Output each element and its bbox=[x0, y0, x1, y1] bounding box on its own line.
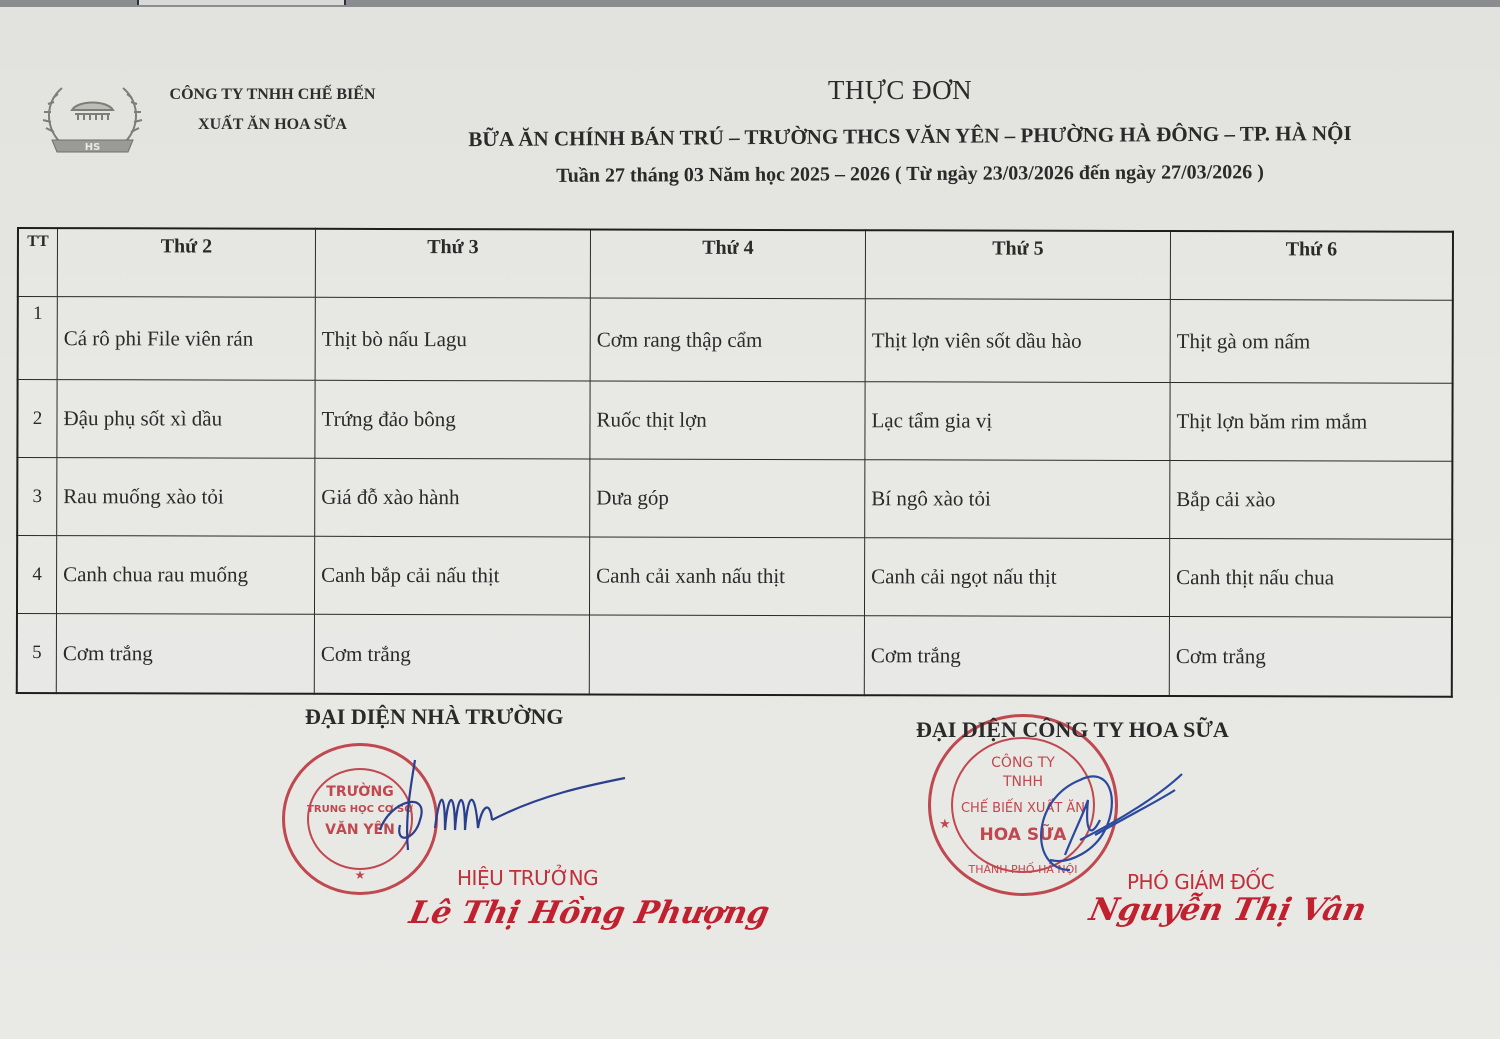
column-header-thu-2: Thứ 2 bbox=[57, 228, 315, 297]
dish-cell: Lạc tẩm gia vị bbox=[865, 382, 1170, 461]
handwritten-signature-icon bbox=[1010, 760, 1190, 880]
dish-cell: Ruốc thịt lợn bbox=[590, 381, 865, 460]
row-number: 3 bbox=[17, 458, 57, 536]
dish-cell: Bí ngô xào tỏi bbox=[865, 460, 1170, 539]
dish-cell: Cơm trắng bbox=[56, 614, 314, 694]
company-name-line2: XUẤT ĂN HOA SỮA bbox=[150, 110, 395, 140]
dish-cell: Thịt lợn băm rim mắm bbox=[1170, 383, 1453, 462]
column-header-thu-5: Thứ 5 bbox=[865, 230, 1170, 299]
dish-cell: Rau muống xào tỏi bbox=[57, 458, 315, 537]
dish-cell: Dưa góp bbox=[590, 459, 865, 538]
dish-cell: Cá rô phi File viên rán bbox=[57, 297, 315, 381]
row-number: 5 bbox=[17, 614, 57, 693]
table-row: 2 Đậu phụ sốt xì dầu Trứng đảo bông Ruốc… bbox=[17, 380, 1452, 462]
handwritten-signature-icon bbox=[360, 750, 640, 860]
table-row: 3 Rau muống xào tỏi Giá đỗ xào hành Dưa … bbox=[17, 458, 1452, 540]
dish-cell: Thịt bò nấu Lagu bbox=[315, 297, 590, 381]
table-header-row: TT Thứ 2 Thứ 3 Thứ 4 Thứ 5 Thứ 6 bbox=[18, 228, 1453, 300]
menu-table: TT Thứ 2 Thứ 3 Thứ 4 Thứ 5 Thứ 6 1 Cá rô… bbox=[16, 227, 1454, 698]
column-header-tt: TT bbox=[18, 228, 58, 297]
company-signer-role: PHÓ GIÁM ĐỐC bbox=[1127, 870, 1274, 894]
dish-cell: Cơm trắng bbox=[1169, 617, 1452, 697]
table-row: 1 Cá rô phi File viên rán Thịt bò nấu La… bbox=[18, 297, 1453, 384]
company-signer-name: Nguyễn Thị Vân bbox=[1086, 892, 1369, 928]
dish-cell: Canh thịt nấu chua bbox=[1169, 539, 1452, 618]
dish-cell: Canh chua rau muống bbox=[56, 536, 314, 615]
company-name-line1: CÔNG TY TNHH CHẾ BIẾN bbox=[150, 80, 395, 110]
dish-cell: Thịt gà om nấm bbox=[1170, 300, 1453, 384]
school-signer-name: Lê Thị Hồng Phượng bbox=[406, 895, 772, 931]
row-number: 2 bbox=[17, 380, 57, 458]
school-signer-role: HIỆU TRƯỞNG bbox=[457, 866, 598, 890]
dish-cell: Giá đỗ xào hành bbox=[315, 459, 590, 538]
column-header-thu-4: Thứ 4 bbox=[590, 230, 865, 299]
dish-cell: Thịt lợn viên sốt dầu hào bbox=[865, 299, 1170, 383]
dish-cell: Trứng đảo bông bbox=[315, 381, 590, 460]
table-row: 5 Cơm trắng Cơm trắng Cơm trắng Cơm trắn… bbox=[17, 614, 1452, 697]
company-representative-heading: ĐẠI DIỆN CÔNG TY HOA SỮA bbox=[916, 717, 1229, 743]
page-title: THỰC ĐƠN bbox=[700, 75, 1100, 106]
row-number: 4 bbox=[17, 536, 57, 614]
dish-cell bbox=[589, 615, 864, 695]
svg-text:HS: HS bbox=[85, 142, 101, 153]
dish-cell: Canh cải xanh nấu thịt bbox=[589, 537, 864, 616]
dish-cell: Cơm trắng bbox=[314, 614, 589, 694]
table-row: 4 Canh chua rau muống Canh bắp cải nấu t… bbox=[17, 536, 1452, 618]
school-representative-heading: ĐẠI DIỆN NHÀ TRƯỜNG bbox=[305, 704, 564, 730]
row-number: 1 bbox=[18, 297, 58, 381]
background-object bbox=[137, 0, 346, 5]
school-signature-block: ĐẠI DIỆN NHÀ TRƯỜNG bbox=[305, 704, 564, 730]
background-surface bbox=[0, 0, 1500, 7]
dish-cell: Đậu phụ sốt xì dầu bbox=[57, 380, 315, 459]
company-name: CÔNG TY TNHH CHẾ BIẾN XUẤT ĂN HOA SỮA bbox=[150, 80, 395, 140]
dish-cell: Canh bắp cải nấu thịt bbox=[314, 537, 589, 616]
dish-cell: Cơm trắng bbox=[864, 616, 1169, 696]
dish-cell: Canh cải ngọt nấu thịt bbox=[864, 538, 1169, 617]
company-signature-block: ĐẠI DIỆN CÔNG TY HOA SỮA bbox=[916, 717, 1229, 743]
column-header-thu-3: Thứ 3 bbox=[315, 229, 590, 298]
company-laurel-logo-icon: HS bbox=[40, 82, 145, 160]
dish-cell: Bắp cải xào bbox=[1170, 461, 1453, 540]
dish-cell: Cơm rang thập cẩm bbox=[590, 298, 865, 382]
column-header-thu-6: Thứ 6 bbox=[1170, 231, 1453, 300]
week-range: Tuần 27 tháng 03 Năm học 2025 – 2026 ( T… bbox=[460, 161, 1360, 189]
